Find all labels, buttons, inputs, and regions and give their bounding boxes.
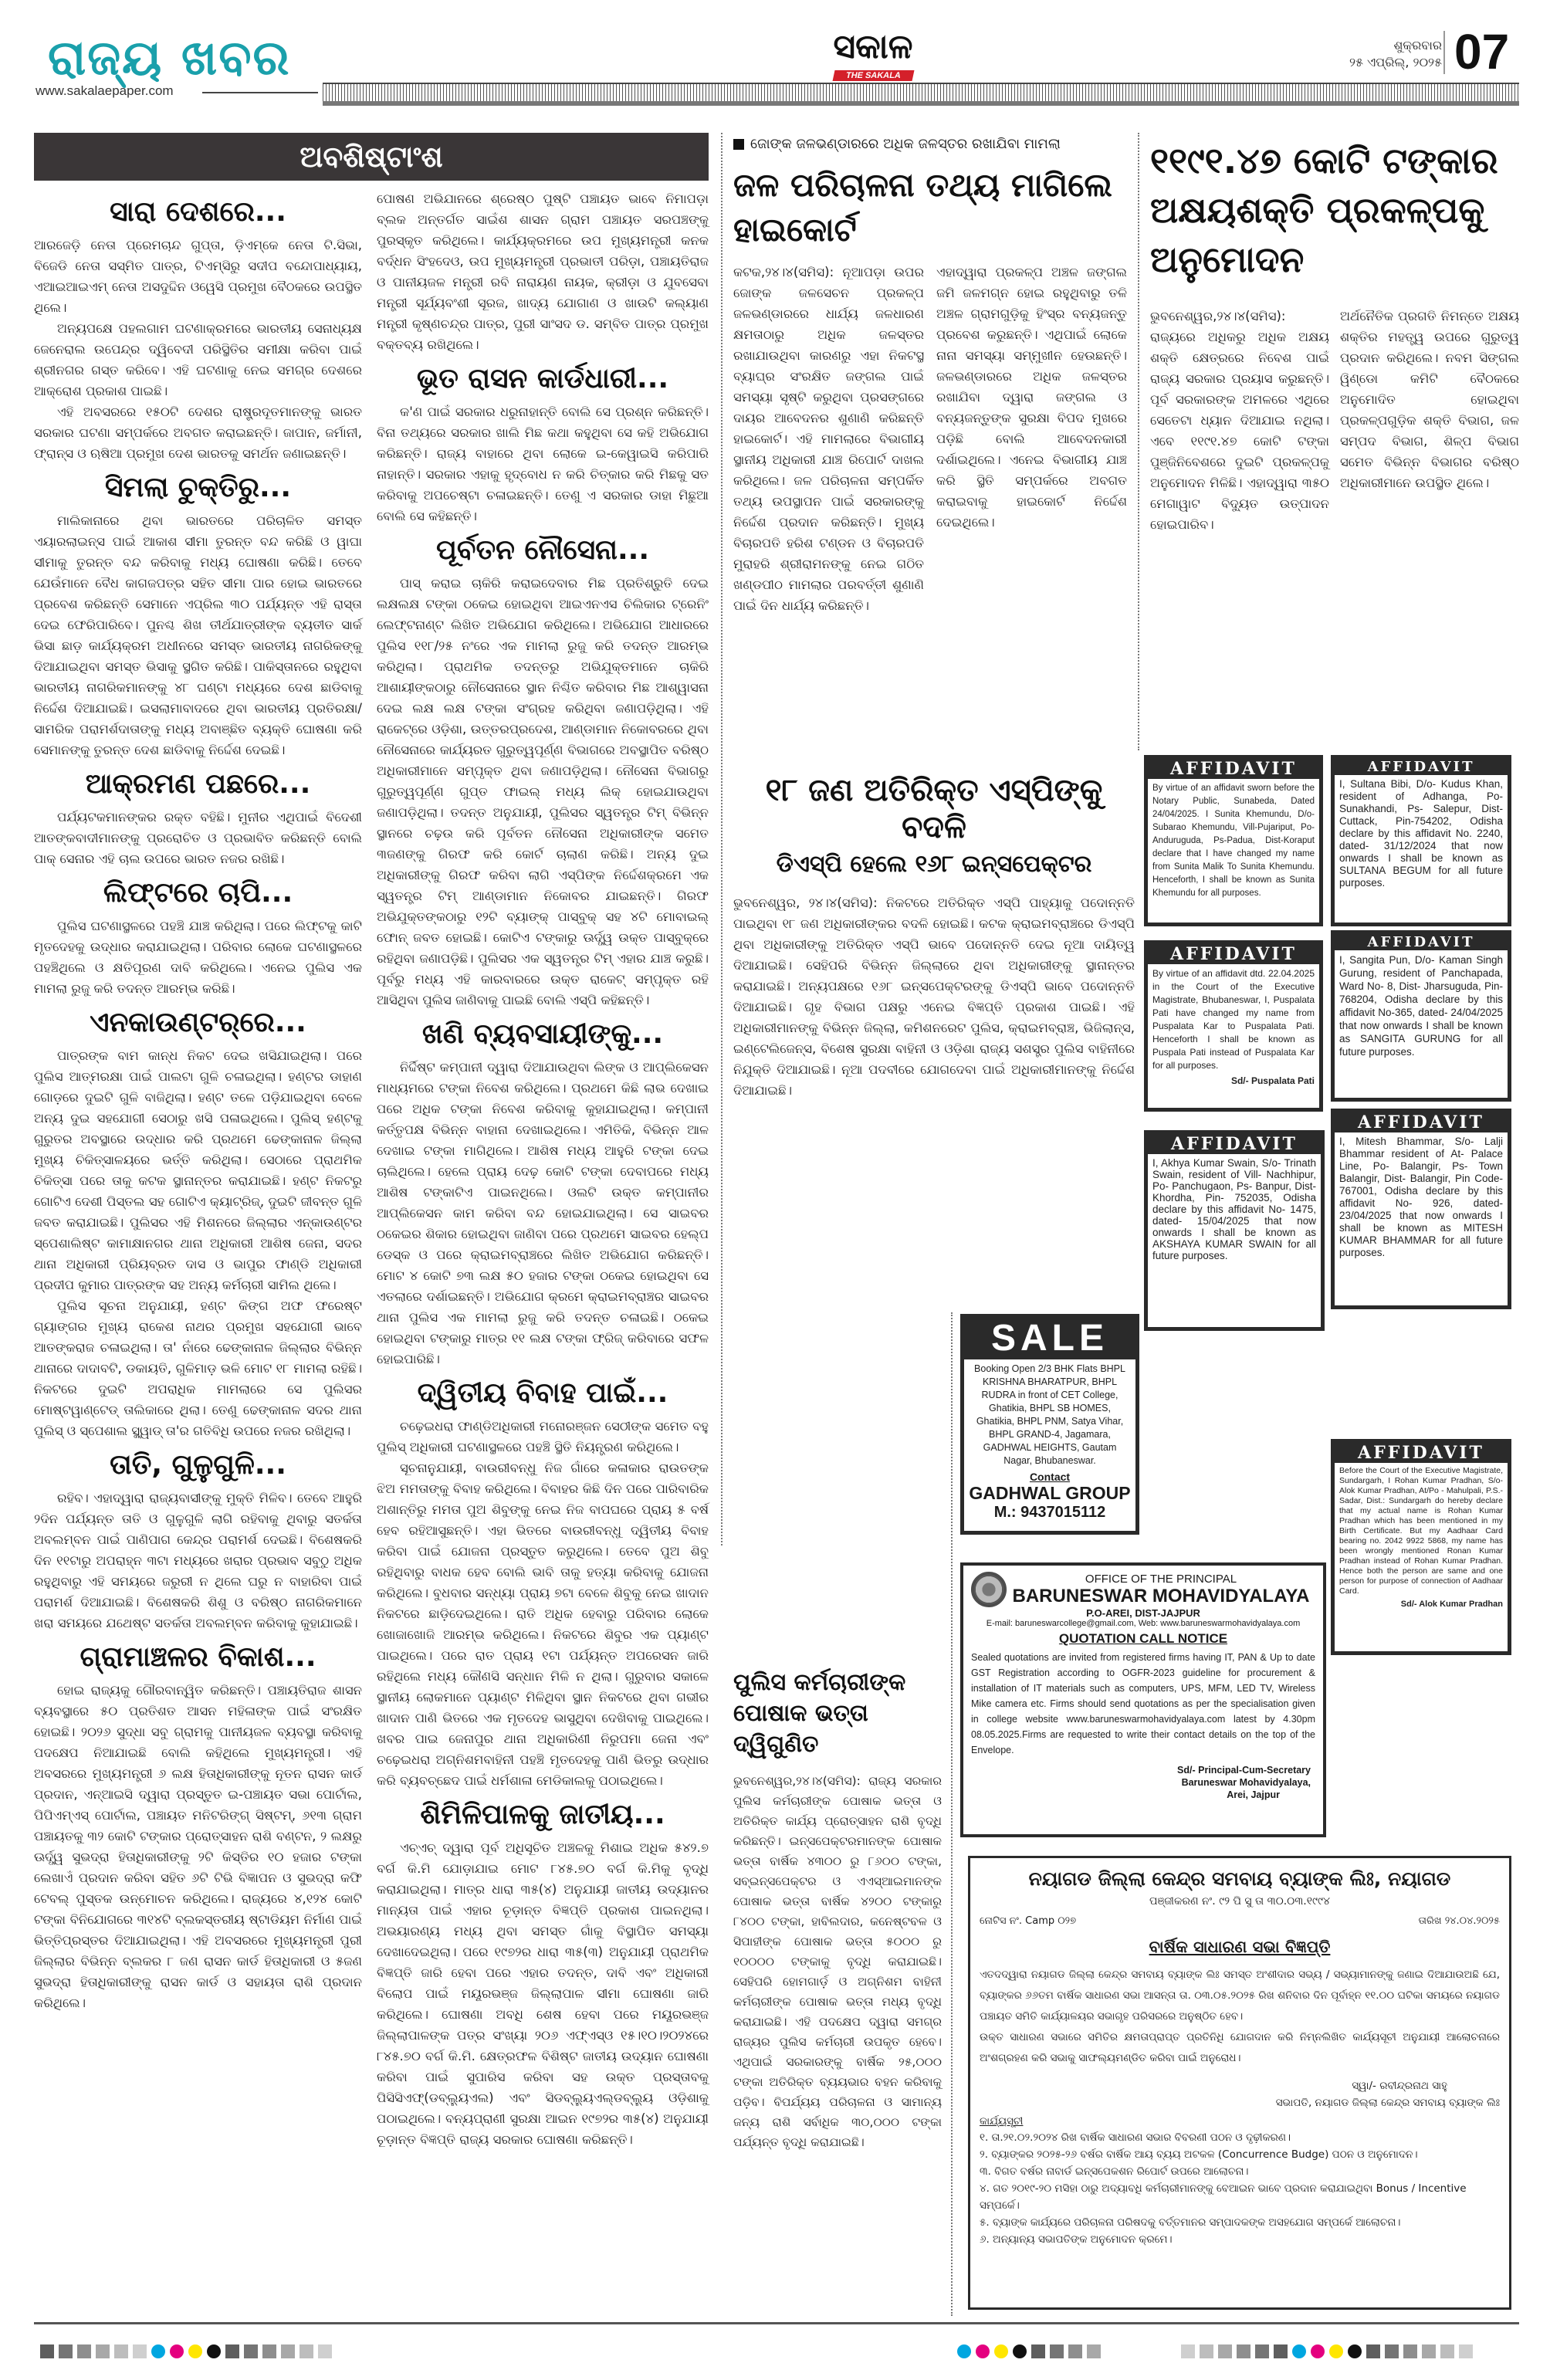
gray-swatch [244,2344,258,2358]
print-registration-marks [957,2343,1101,2360]
gray-swatch [1255,2344,1269,2358]
paragraph: ଆରଜେଡ଼ି ନେତା ପ୍ରେମଚାନ୍ଦ ଗୁପ୍ତା, ଡ଼ିଏମ୍‌କ… [34,235,362,318]
ad-body: I, Sangita Pun, D/o- Kaman Singh Gurung,… [1335,950,1508,1061]
agenda-item: ୧. ତା.୨୧.୦୨.୨୦୨୪ ରିଖ ବାର୍ଷିକ ସାଧାରଣ ସଭାର… [980,2129,1500,2146]
decorative-rule [323,83,1519,106]
gray-swatch [1200,2344,1213,2358]
paragraph: ମାଲିକାନାରେ ଥିବା ଭାରତରେ ପରିଚାଳିତ ସମସ୍ତ ଏୟ… [34,510,362,760]
ad-body: I, Akhya Kumar Swain, S/o- Trinath Swain… [1148,1154,1321,1264]
paragraph: ପୁଲିସ ସୂଚନା ଅନୁଯାୟୀ, ହଣ୍ଟ କିଙ୍ଗ ଅଫ ଫରେଷ୍… [34,1295,362,1441]
paragraph: ନିର୍ଦ୍ଦିଷ୍ଟ କମ୍ପାନୀ ଦ୍ୱାରା ଦିଆଯାଉଥିବା ଲି… [377,1057,709,1369]
affidavit-ad: AFFIDAVIT I, Akhya Kumar Swain, S/o- Tri… [1144,1130,1325,1331]
section-subheading: ଏନକାଉଣ୍ଟର୍‌ରେ... [34,1007,362,1039]
story-column: ଭୁବନେଶ୍ୱର,୨୪।୪(ସମିସ): ରାଜ୍ୟରେ ଅଧିକରୁ ଅଧି… [1150,306,1329,535]
akshay-shakti-story: ୧୧୯୧.୪୭ କୋଟି ଟଙ୍କାର ଅକ୍ଷୟଶକ୍ତି ପ୍ରକଳ୍ପକୁ… [1150,136,1519,535]
ad-title: AFFIDAVIT [1335,1112,1508,1132]
color-dot [207,2344,221,2358]
bank-name: ନୟାଗଡ ଜିଲ୍ଲା କେନ୍ଦ୍ର ସମବାୟ ବ୍ୟାଙ୍କ ଲିଃ, … [970,1867,1509,1891]
ad-title: AFFIDAVIT [1148,1134,1321,1154]
gray-swatch [262,2344,276,2358]
paragraph: ଚଢ଼େଇଧରା ଫାଣ୍ଡିଅଧିକାରୀ ମନୋରଞ୍ଜନ ସେଠୀଙ୍କ … [377,1416,709,1457]
gray-swatch [1181,2344,1195,2358]
ad-body: I, Sultana Bibi, D/o- Kudus Khan, reside… [1335,775,1508,892]
site-url[interactable]: www.sakalaepaper.com [36,83,174,99]
logo-text: ସକାଳ [823,28,923,66]
headline[interactable]: ୧୮ ଜଣ ଅତିରିକ୍ତ ଏସ୍‌ପିଙ୍କୁ ବଦଳି [733,772,1135,846]
agenda-item: ୨. ବ୍ୟାଙ୍କର ୨୦୨୫-୨୬ ବର୍ଷର ବାର୍ଷିକ ଆୟ ବ୍ୟ… [980,2146,1500,2163]
signature-line: Arei, Jajpur [963,1789,1311,1801]
paragraph: ପୁଲିସ ଘଟଣାସ୍ଥଳରେ ପହଞ୍ଚି ଯାଞ୍ଚ କରିଥିଲା। ପ… [34,916,362,999]
color-dot [188,2344,202,2358]
paragraph: ଏହି ଅବସରରେ ୧୫୦ଟି ଦେଶର ରାଷ୍ଟ୍ରଦୂତମାନଙ୍କୁ … [34,401,362,464]
affidavit-ad: AFFIDAVIT I, Sultana Bibi, D/o- Kudus Kh… [1331,755,1511,926]
notice-body: Sealed quotations are invited from regis… [963,1650,1323,1758]
notice-title: ବାର୍ଷିକ ସାଧାରଣ ସଭା ବିଜ୍ଞପ୍ତି [970,1938,1509,1957]
affidavit-ad: AFFIDAVIT I, Sangita Pun, D/o- Kaman Sin… [1331,930,1511,1102]
notice-body: ଉକ୍ତ ସାଧାରଣ ସଭାରେ ସମିତିର କ୍ଷମତାପ୍ରାପ୍ତ ପ… [970,2027,1509,2069]
leftover-band-title: ଅବଶିଷ୍ଟାଂଶ [34,133,709,181]
signer: ସ୍ୱା/- ରବୀନ୍ଦ୍ରନାଥ ସାହୁ [970,2080,1509,2092]
gray-swatch [114,2344,128,2358]
masthead: ରାଜ୍ୟ ଖବର www.sakalaepaper.com ସକାଳ THE … [0,0,1550,116]
divider [202,92,318,93]
ad-signature: Sd/- Alok Kumar Pradhan [1335,1600,1508,1612]
college-quotation-notice: OFFICE OF THE PRINCIPAL BARUNESWAR MOHAV… [960,1562,1326,1837]
story-column: କଟକ,୨୪।୪(ସମିସ): ନୂଆପଡ଼ା ଉପର ଜୋଙ୍କ ଜଳସେଚନ… [733,262,924,616]
uniform-allowance-story: ପୁଲିସ କର୍ମଚାରୀଙ୍କ ପୋଷାକ ଭତ୍ତା ଦ୍ୱିଗୁଣିତ … [733,1667,942,2152]
signature-line: Sd/- Principal-Cum-Secretary [963,1764,1311,1776]
section-subheading: ଶିମିଳିପାଳକୁ ଜାତୀୟ... [377,1799,709,1831]
kicker: ଜୋଙ୍କ ଜଳଭଣ୍ଡାରରେ ଅଧିକ ଜଳସ୍ତର ରଖାଯିବା ମାମ… [733,136,1127,152]
affidavit-ad: AFFIDAVIT By virtue of an affidavit dtd.… [1144,940,1323,1112]
gray-swatch [96,2344,110,2358]
column-divider [721,133,723,1545]
transfer-story: ୧୮ ଜଣ ଅତିରିକ୍ତ ଏସ୍‌ପିଙ୍କୁ ବଦଳି ଡିଏସ୍‌ପି … [733,772,1135,1101]
gray-swatch [1422,2344,1436,2358]
ad-title: AFFIDAVIT [1148,759,1319,779]
section-subheading: ସିମଲା ଚୁକ୍ତିରୁ... [34,472,362,504]
divider [1443,31,1445,74]
section-subheading: ତାତି, ଗୁଳୁଗୁଳି... [34,1449,362,1481]
section-subheading: ଗ୍ରାମାଞ୍ଚଳର ବିକାଶ... [34,1641,362,1674]
section-subheading: ପୂର୍ବତନ ନୌସେନା... [377,534,709,567]
agenda-list: ୧. ତା.୨୧.୦୨.୨୦୨୪ ରିଖ ବାର୍ଷିକ ସାଧାରଣ ସଭାର… [970,2129,1509,2248]
ad-body: By virtue of an affidavit dtd. 22.04.202… [1148,964,1319,1075]
section-subheading: ଭୂତ ରାସନ କାର୍ଡଧାରୀ... [377,363,709,395]
color-dot [994,2344,1008,2358]
leftover-column-1: ସାରା ଦେଶରେ...ଆରଜେଡ଼ି ନେତା ପ୍ରେମଚାନ୍ଦ ଗୁପ… [34,188,362,2013]
gray-swatch [133,2344,147,2358]
agenda-title: କାର୍ଯ୍ୟସୂଚୀ [970,2109,1509,2129]
square-bullet-icon [733,139,744,150]
ad-body: Booking Open 2/3 BHK Flats BHPL KRISHNA … [964,1359,1135,1471]
headline[interactable]: ଜଳ ପରିଚାଳନା ତଥ୍ୟ ମାଗିଲେ ହାଇକୋର୍ଟ [733,163,1127,252]
newspaper-logo: ସକାଳ THE SAKALA [823,28,923,82]
paragraph: ଏଚ୍‌ଏଚ୍ ଦ୍ୱାରା ପୂର୍ବ ଅଧିସୂଚିତ ଅଞ୍ଚଳକୁ ମି… [377,1837,709,2150]
story-column: ଏହାଦ୍ୱାରା ପ୍ରକଳ୍ପ ଅଞ୍ଚଳ ଜଙ୍ଗଲ ଜମି ଜଳମଗ୍ନ… [936,262,1127,616]
color-dot [1013,2344,1027,2358]
paragraph: ଅନ୍ୟପକ୍ଷେ ପହଲଗାମ ଘଟଣାକ୍ରମରେ ଭାରତୀୟ ସେନାଧ… [34,318,362,401]
headline[interactable]: ୧୧୯୧.୪୭ କୋଟି ଟଙ୍କାର ଅକ୍ଷୟଶକ୍ତି ପ୍ରକଳ୍ପକୁ… [1150,136,1519,284]
logo-tagline: THE SAKALA [832,70,914,81]
registration-number: ପଞ୍ଜୀକରଣ ନଂ. ୯୨ ପି ସୁ ତା ୩୦.୦୩.୧୯୯୪ [970,1895,1509,1908]
gray-swatch [225,2344,239,2358]
notice-title: QUOTATION CALL NOTICE [963,1631,1323,1647]
section-subheading: ଆକ୍ରମଣ ପଛରେ... [34,768,362,801]
agenda-item: ୫. ବ୍ୟାଙ୍କ କାର୍ଯ୍ୟରେ ପରିଚାଳନା ପରିଷଦକୁ ବର… [980,2214,1500,2231]
gray-swatch [1050,2344,1064,2358]
agenda-item: ୬. ଅନ୍ୟାନ୍ୟ ସଭାପତିଙ୍କ ଅନୁମୋଦନ କ୍ରମେ। [980,2231,1500,2248]
ad-title: AFFIDAVIT [1335,1443,1508,1463]
color-dot [1311,2344,1325,2358]
gray-swatch [1385,2344,1399,2358]
color-dot [976,2344,990,2358]
gray-swatch [300,2344,313,2358]
paragraph: ସୂଚନାନୁଯାୟୀ, ବାଉରୀବନ୍ଧୁ ନିଜ ଗାଁରେ କଳାକାର… [377,1457,709,1791]
subheadline: ଡିଏସ୍‌ପି ହେଲେ ୧୬୮ ଇନ୍ସପେକ୍ଟର [733,846,1135,883]
color-dot [1348,2344,1362,2358]
gray-swatch [1218,2344,1232,2358]
college-emblem-icon [971,1572,1007,1607]
notice-date: ତାରିଖ ୨୪.୦୪.୨୦୨୫ [1419,1915,1500,1927]
gray-swatch [281,2344,295,2358]
gray-swatch [318,2344,332,2358]
page-number: 07 [1454,23,1509,80]
paragraph: ପାତ୍ରଙ୍କ ବାମ କାନ୍ଧ ନିକଟ ଦେଇ ଖସିଯାଇଥିଲା। … [34,1045,362,1295]
color-dot [1292,2344,1306,2358]
paragraph: କ'ଣ ପାଇଁ ସରକାର ଧରୁନାହାନ୍ତି ବୋଲି ସେ ପ୍ରଶ୍… [377,401,709,526]
paragraph: ରହିବ। ଏହାଦ୍ୱାରା ରାଜ୍ୟବାସୀଙ୍କୁ ମୁକ୍ତି ମିଳ… [34,1488,362,1633]
story-body: ଭୁବନେଶ୍ୱର, ୨୪।୪(ସମିସ): ନିକଟରେ ଅତିରିକ୍ତ ଏ… [733,892,1135,1101]
story-body: ଭୁବନେଶ୍ୱର,୨୪।୪(ସମିସ): ରାଜ୍ୟ ସରକାର ପୁଲିସ … [733,1771,942,2152]
affidavit-ad: AFFIDAVIT Before the Court of the Execut… [1331,1439,1511,1655]
ad-title: AFFIDAVIT [1335,759,1508,775]
contact-label: Contact [964,1471,1135,1483]
color-dot [170,2344,184,2358]
ad-body: By virtue of an affidavit sworn before t… [1148,779,1319,903]
section-subheading: ଦ୍ୱିତୀୟ ବିବାହ ପାଇଁ... [377,1377,709,1410]
gray-swatch [1440,2344,1454,2358]
affidavit-ad: AFFIDAVIT I, Mitesh Bhammar, S/o- Lalji … [1331,1109,1511,1309]
sale-ad: SALE Booking Open 2/3 BHK Flats BHPL KRI… [960,1314,1139,1535]
gray-swatch [1459,2344,1473,2358]
gray-swatch [77,2344,91,2358]
college-contact[interactable]: E-mail: baruneswarcollege@gmail.com, Web… [963,1619,1323,1628]
paragraph: ପର୍ଯ୍ୟଟକମାନଙ୍କର ରକ୍ତ ବହିଛି। ମୁନୀର ଏଥିପାଇ… [34,807,362,869]
weekday: ଶୁକ୍ରବାର [1349,37,1442,54]
highcourt-story: ଜୋଙ୍କ ଜଳଭଣ୍ଡାରରେ ଅଧିକ ଜଳସ୍ତର ରଖାଯିବା ମାମ… [733,136,1127,616]
ad-title: SALE [964,1318,1135,1359]
print-registration-marks [40,2343,332,2360]
college-name: BARUNESWAR MOHAVIDYALAYA [1007,1586,1315,1607]
headline[interactable]: ପୁଲିସ କର୍ମଚାରୀଙ୍କ ପୋଷାକ ଭତ୍ତା ଦ୍ୱିଗୁଣିତ [733,1667,942,1760]
signer-title: ସଭାପତି, ନୟାଗଡ ଜିଲ୍ଲା କେନ୍ଦ୍ର ସମବାୟ ବ୍ୟାଙ… [970,2097,1509,2109]
leftover-column-2: ପୋଷଣ ଅଭିଯାନରେ ଶ୍ରେଷ୍ଠ ପୁଷ୍ଟି ପଞ୍ଚାୟତ ଭାବ… [377,188,709,2150]
column-divider [1138,133,1139,750]
college-address: P.O-AREI, DIST-JAJPUR [963,1607,1323,1619]
agenda-item: ୪. ଗତ ୨୦୧୯-୨୦ ମସିହା ଠାରୁ ଅଦ୍ୟାବଧି କର୍ମଚା… [980,2180,1500,2214]
gray-swatch [1366,2344,1380,2358]
section-subheading: ସାରା ଦେଶରେ... [34,196,362,229]
gray-swatch [1031,2344,1045,2358]
color-dot [151,2344,165,2358]
agenda-item: ୩. ବିଗତ ବର୍ଷର ନାବାର୍ଡ ଇନ୍‌ସପେକଶନ ରିପୋର୍ଟ… [980,2163,1500,2180]
ad-body: I, Mitesh Bhammar, S/o- Lalji Bhammar re… [1335,1132,1508,1262]
phone-number[interactable]: M.: 9437015112 [964,1504,1135,1522]
company-name: GADHWAL GROUP [964,1483,1135,1504]
notice-number: ନୋଟିସ ନଂ. Camp ୦୨୭ [980,1915,1076,1927]
ad-signature: Sd/- Puspalata Pati [1148,1075,1319,1089]
paragraph: ପାସ୍ କରାଇ ଚାକିରି କରାଇଦେବାର ମିଛ ପ୍ରତିଶ୍ରୁ… [377,573,709,1011]
ad-title: AFFIDAVIT [1148,944,1319,964]
ad-title: AFFIDAVIT [1335,934,1508,950]
notice-body: ଏତଦଦ୍ୱାରା ନୟାଗଡ ଜିଲ୍ଲା କେନ୍ଦ୍ର ସମବାୟ ବ୍ୟ… [970,1965,1509,2027]
office-label: OFFICE OF THE PRINCIPAL [1007,1573,1315,1586]
section-subheading: ଲିଫ୍ଟରେ ଚାପି... [34,877,362,909]
date: ୨୫ ଏପ୍ରିଲ୍, ୨୦୨୫ [1349,54,1442,71]
color-dot [1329,2344,1343,2358]
dateline: ଶୁକ୍ରବାର ୨୫ ଏପ୍ରିଲ୍, ୨୦୨୫ [1349,37,1442,71]
gray-swatch [40,2344,54,2358]
paragraph: ହୋଇ ରାଜ୍ୟକୁ ଗୌରବାନ୍ୱିତ କରିଛନ୍ତି। ପଞ୍ଚାୟତ… [34,1680,362,2013]
gray-swatch [59,2344,73,2358]
affidavit-ad: AFFIDAVIT By virtue of an affidavit swor… [1144,755,1323,926]
column-divider [951,1312,953,2316]
gray-swatch [1237,2344,1250,2358]
section-subheading: ଖଣି ବ୍ୟବସାୟୀଙ୍କୁ... [377,1018,709,1051]
paragraph: ପୋଷଣ ଅଭିଯାନରେ ଶ୍ରେଷ୍ଠ ପୁଷ୍ଟି ପଞ୍ଚାୟତ ଭାବ… [377,188,709,355]
gray-swatch [1274,2344,1288,2358]
signature-line: Baruneswar Mohavidyalaya, [963,1776,1311,1789]
ad-body: Before the Court of the Executive Magist… [1335,1463,1508,1600]
gray-swatch [1068,2344,1082,2358]
footer-rule [34,2322,1519,2324]
color-dot [957,2344,971,2358]
story-column: ଅର୍ଥନୈତିକ ପ୍ରଗତି ନିମନ୍ତେ ଅକ୍ଷୟ ଶକ୍ତିର ମହ… [1340,306,1519,535]
section-title: ରାଜ୍ୟ ଖବର [48,29,291,86]
gray-swatch [1403,2344,1417,2358]
print-registration-marks [1181,2343,1473,2360]
bank-agm-notice: ନୟାଗଡ ଜିଲ୍ଲା କେନ୍ଦ୍ର ସମବାୟ ବ୍ୟାଙ୍କ ଲିଃ, … [968,1856,1511,2310]
gray-swatch [1087,2344,1101,2358]
